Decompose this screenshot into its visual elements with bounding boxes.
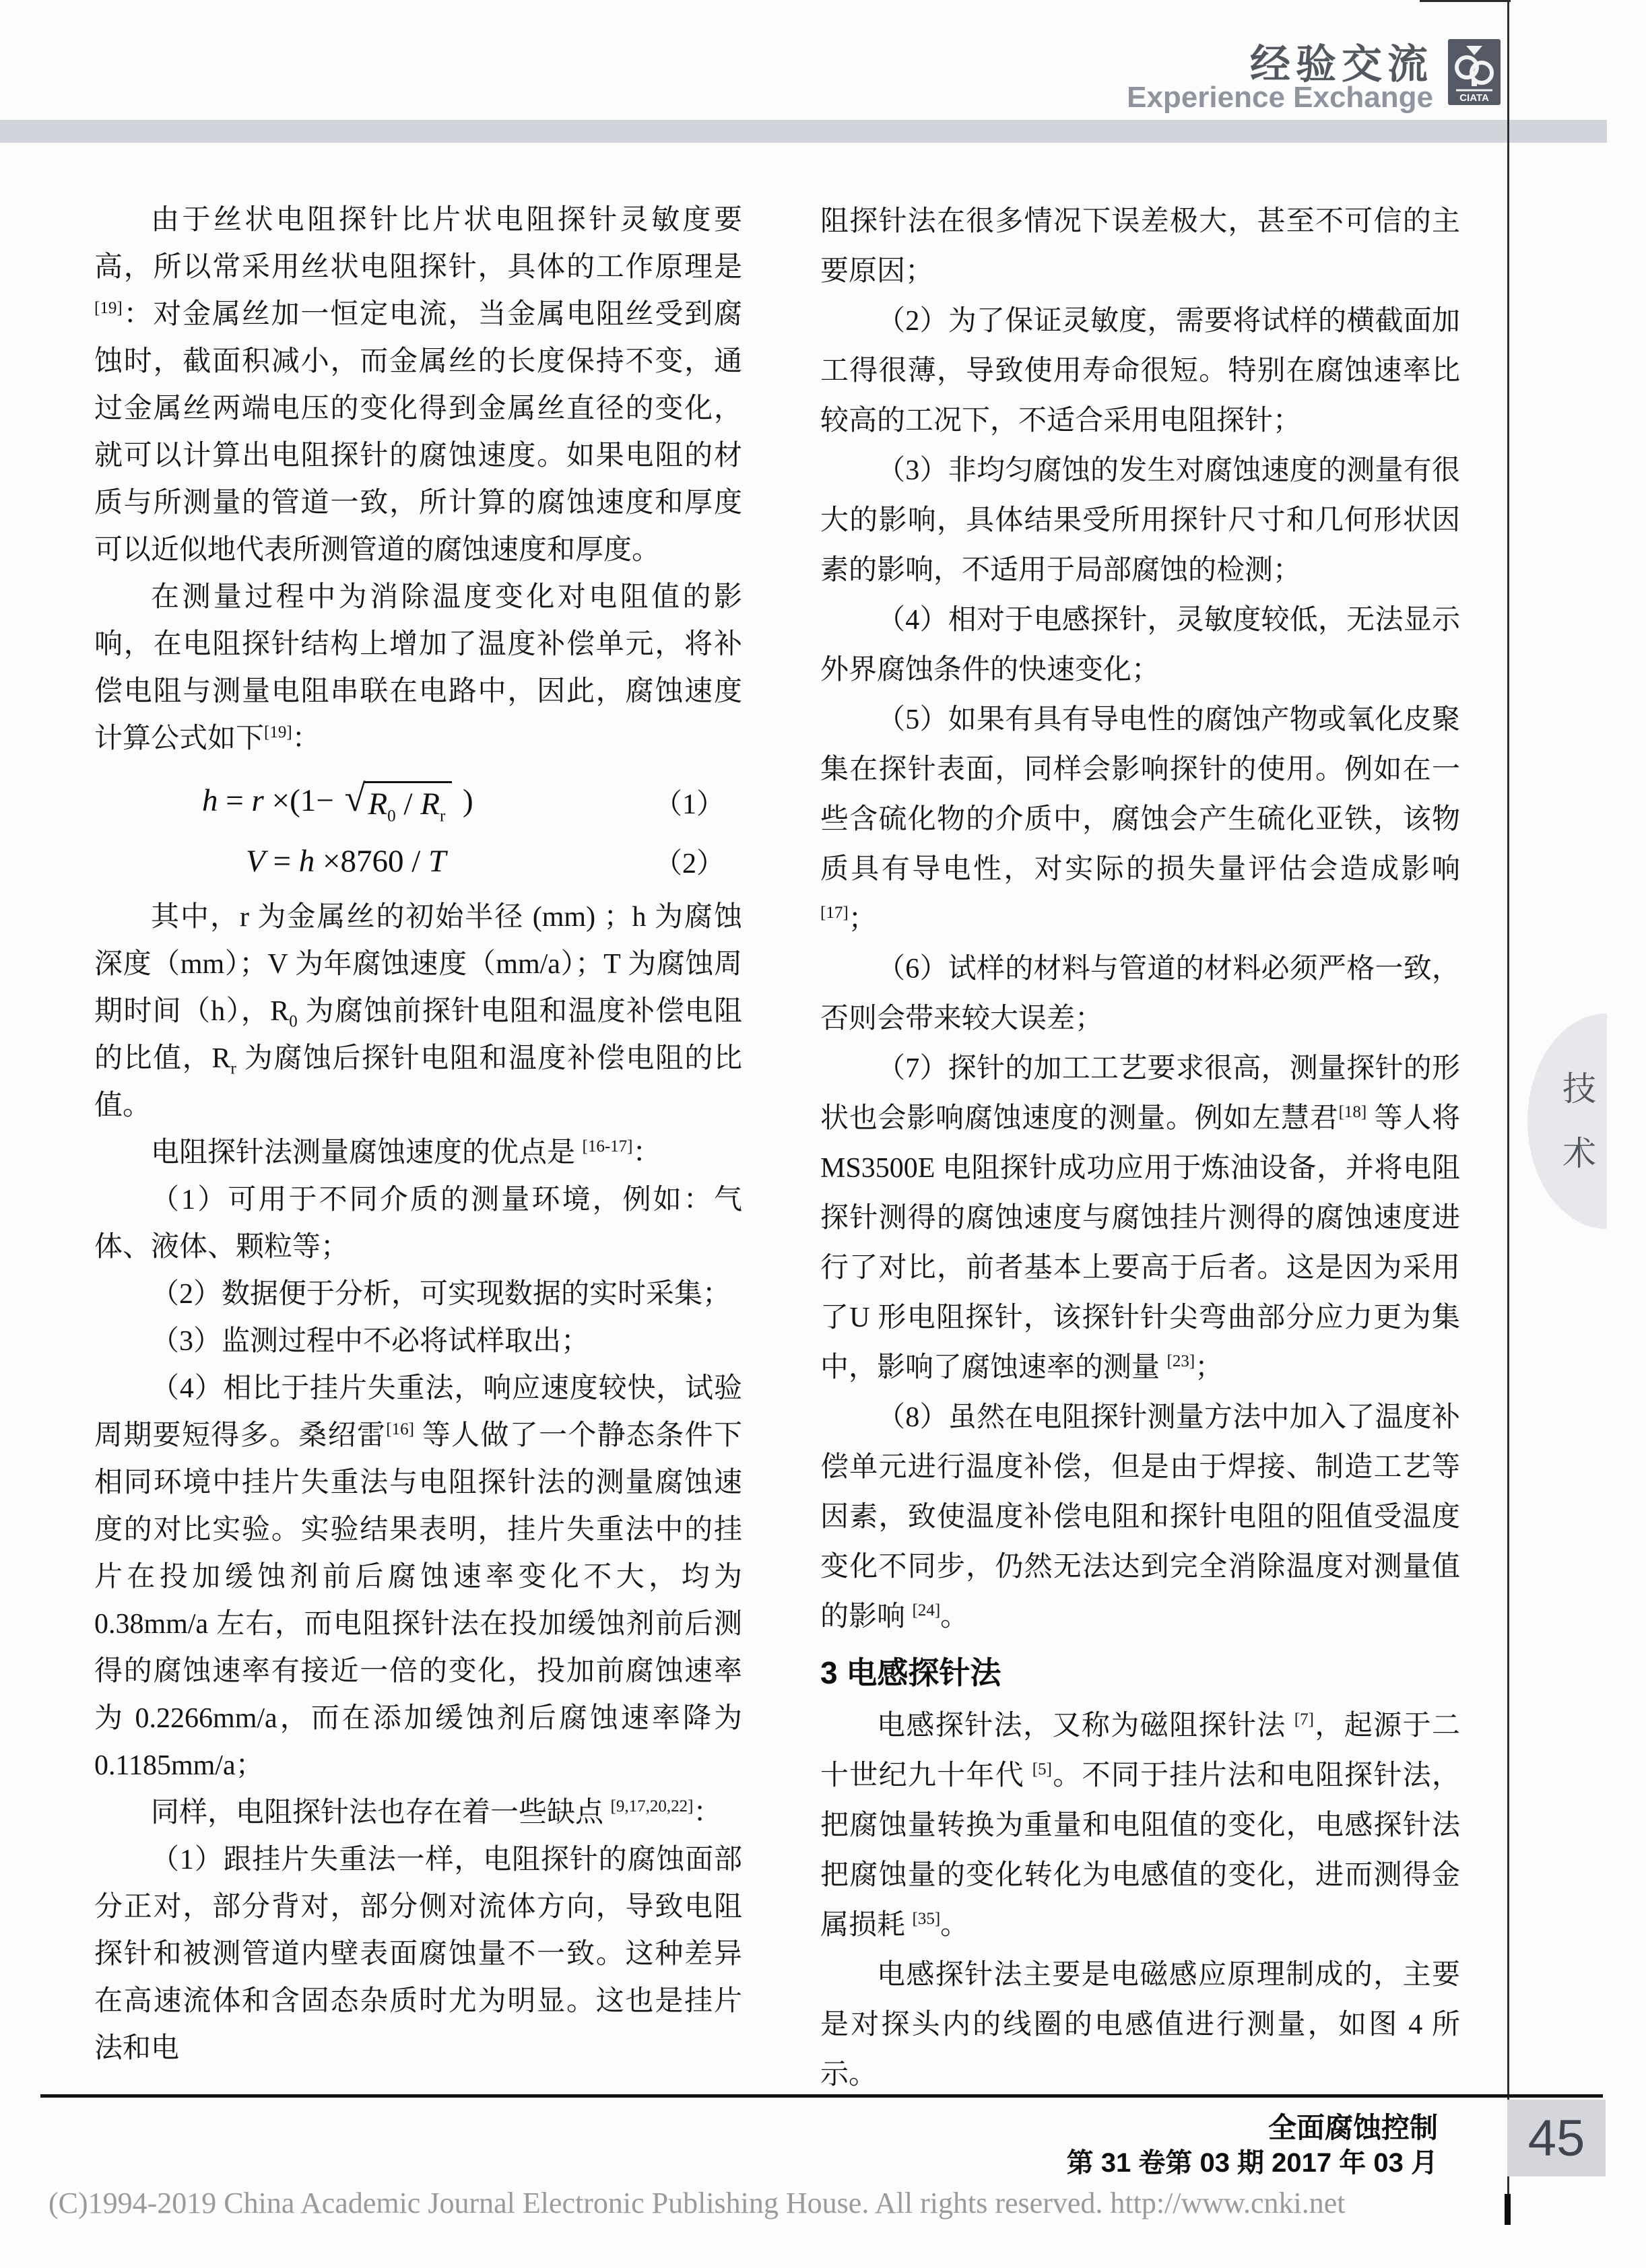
formula-variable: r [252, 783, 264, 818]
page-edge-mark [1505, 2194, 1511, 2225]
reference-superscript: [16] [386, 1420, 414, 1438]
reference-superscript: [5] [1032, 1760, 1052, 1778]
reference-superscript: [19] [264, 723, 292, 741]
paragraph: （5）如果有具有导电性的腐蚀产物或氧化皮聚集在探针表面，同样会影响探针的使用。例… [820, 695, 1460, 944]
formula-variable: R [420, 787, 440, 822]
paragraph: （3）非均匀腐蚀的发生对腐蚀速度的测量有很大的影响，具体结果受所用探针尺寸和几何… [820, 446, 1460, 595]
paragraph: 同样，电阻探针法也存在着一些缺点 [9,17,20,22]： [94, 1789, 742, 1836]
radical-sign-icon: √ [344, 781, 365, 818]
subscript: r [230, 1059, 236, 1077]
reference-superscript: [17] [820, 904, 849, 922]
paragraph: （2）数据便于分析，可实现数据的实时采集； [94, 1271, 742, 1318]
formula-variable: R [368, 787, 387, 822]
equation: V = h ×8760 / T [246, 843, 446, 879]
left-column: 由于丝状电阻探针比片状电阻探针灵敏度要高，所以常采用丝状电阻探针，具体的工作原理… [94, 197, 742, 2072]
footer-journal-info: 全面腐蚀控制 第 31 卷第 03 期 2017 年 03 月 [1067, 2110, 1438, 2180]
paragraph: 由于丝状电阻探针比片状电阻探针灵敏度要高，所以常采用丝状电阻探针，具体的工作原理… [94, 197, 742, 574]
tab-char-2: 术 [1562, 1137, 1596, 1170]
footer-rule [40, 2094, 1603, 2098]
paragraph: 阻探针法在很多情况下误差极大，甚至不可信的主要原因； [820, 197, 1460, 296]
reference-superscript: [7] [1294, 1710, 1314, 1729]
reference-superscript: [18] [1339, 1103, 1367, 1121]
subscript: 0 [289, 1012, 298, 1030]
journal-page: 经验交流 Experience Exchange CIATA 技 术 由于丝状电… [0, 0, 1646, 2268]
paragraph: 电阻探针法测量腐蚀速度的优点是 [16-17]： [94, 1129, 742, 1176]
section-tab-technology: 技 术 [1527, 1013, 1607, 1229]
section-heading: 3 电感探针法 [820, 1648, 1460, 1697]
ciata-logo-text: CIATA [1459, 92, 1489, 104]
paragraph: （7）探针的加工工艺要求很高，测量探针的形状也会影响腐蚀速度的测量。例如左慧君[… [820, 1044, 1460, 1393]
subscript: 0 [387, 807, 396, 825]
formula-variable: V [246, 844, 265, 879]
subscript: r [440, 807, 445, 825]
journal-issue: 第 31 卷第 03 期 2017 年 03 月 [1067, 2145, 1438, 2180]
header-divider-band [0, 120, 1607, 143]
formula: h = r ×(1− √R0 / Rr )（1） [94, 781, 742, 822]
journal-name: 全面腐蚀控制 [1067, 2110, 1438, 2145]
reference-superscript: [24] [913, 1601, 941, 1620]
paragraph: （4）相对于电感探针，灵敏度较低，无法显示外界腐蚀条件的快速变化； [820, 595, 1460, 695]
paragraph: （6）试样的材料与管道的材料必须严格一致，否则会带来较大误差； [820, 944, 1460, 1044]
paragraph: 其中，r 为金属丝的初始半径 (mm) ；h 为腐蚀深度（mm）；V 为年腐蚀速… [94, 894, 742, 1129]
paragraph: （3）监测过程中不必将试样取出； [94, 1318, 742, 1365]
reference-superscript: [35] [913, 1910, 941, 1928]
tab-char-1: 技 [1562, 1072, 1596, 1106]
paragraph: （1）跟挂片失重法一样，电阻探针的腐蚀面部分正对，部分背对，部分侧对流体方向，导… [94, 1836, 742, 2072]
equation-number: （1） [654, 782, 725, 822]
reference-superscript: [16-17] [583, 1137, 633, 1156]
copyright-line: (C)1994-2019 China Academic Journal Elec… [48, 2186, 1382, 2220]
formula: V = h ×8760 / T（2） [94, 841, 742, 881]
reference-superscript: [19] [94, 299, 123, 317]
scan-top-edge-line [1420, 0, 1511, 2]
right-column: 阻探针法在很多情况下误差极大，甚至不可信的主要原因；（2）为了保证灵敏度，需要将… [820, 197, 1460, 2100]
formula-variable: h [299, 844, 315, 879]
square-root: √R0 / Rr [344, 781, 452, 822]
page-edge-rule [1507, 0, 1509, 2224]
paragraph: 在测量过程中为消除温度变化对电阻值的影响，在电阻探针结构上增加了温度补偿单元，将… [94, 574, 742, 762]
radicand: R0 / Rr [364, 781, 452, 822]
page-number: 45 [1507, 2100, 1606, 2176]
paragraph: （4）相比于挂片失重法，响应速度较快，试验周期要短得多。桑绍雷[16] 等人做了… [94, 1365, 742, 1789]
paragraph: （2）为了保证灵敏度，需要将试样的横截面加工得很薄，导致使用寿命很短。特别在腐蚀… [820, 296, 1460, 446]
formula-variable: h [202, 783, 218, 818]
equation: h = r ×(1− √R0 / Rr ) [202, 781, 473, 822]
equation-number: （2） [654, 841, 725, 881]
paragraph: 电感探针法主要是电磁感应原理制成的，主要是对探头内的线圈的电感值进行测量，如图 … [820, 1950, 1460, 2100]
paragraph: 电感探针法，又称为磁阻探针法 [7]，起源于二十世纪九十年代 [5]。不同于挂片… [820, 1701, 1460, 1950]
formula-variable: T [428, 844, 446, 879]
reference-superscript: [23] [1167, 1352, 1195, 1370]
paragraph: （8）虽然在电阻探针测量方法中加入了温度补偿单元进行温度补偿，但是由于焊接、制造… [820, 1393, 1460, 1642]
page-subtitle: Experience Exchange [1127, 81, 1433, 114]
ciata-logo-icon: CIATA [1448, 39, 1501, 105]
reference-superscript: [9,17,20,22] [611, 1797, 694, 1815]
paragraph: （1）可用于不同介质的测量环境，例如：气体、液体、颗粒等； [94, 1176, 742, 1271]
